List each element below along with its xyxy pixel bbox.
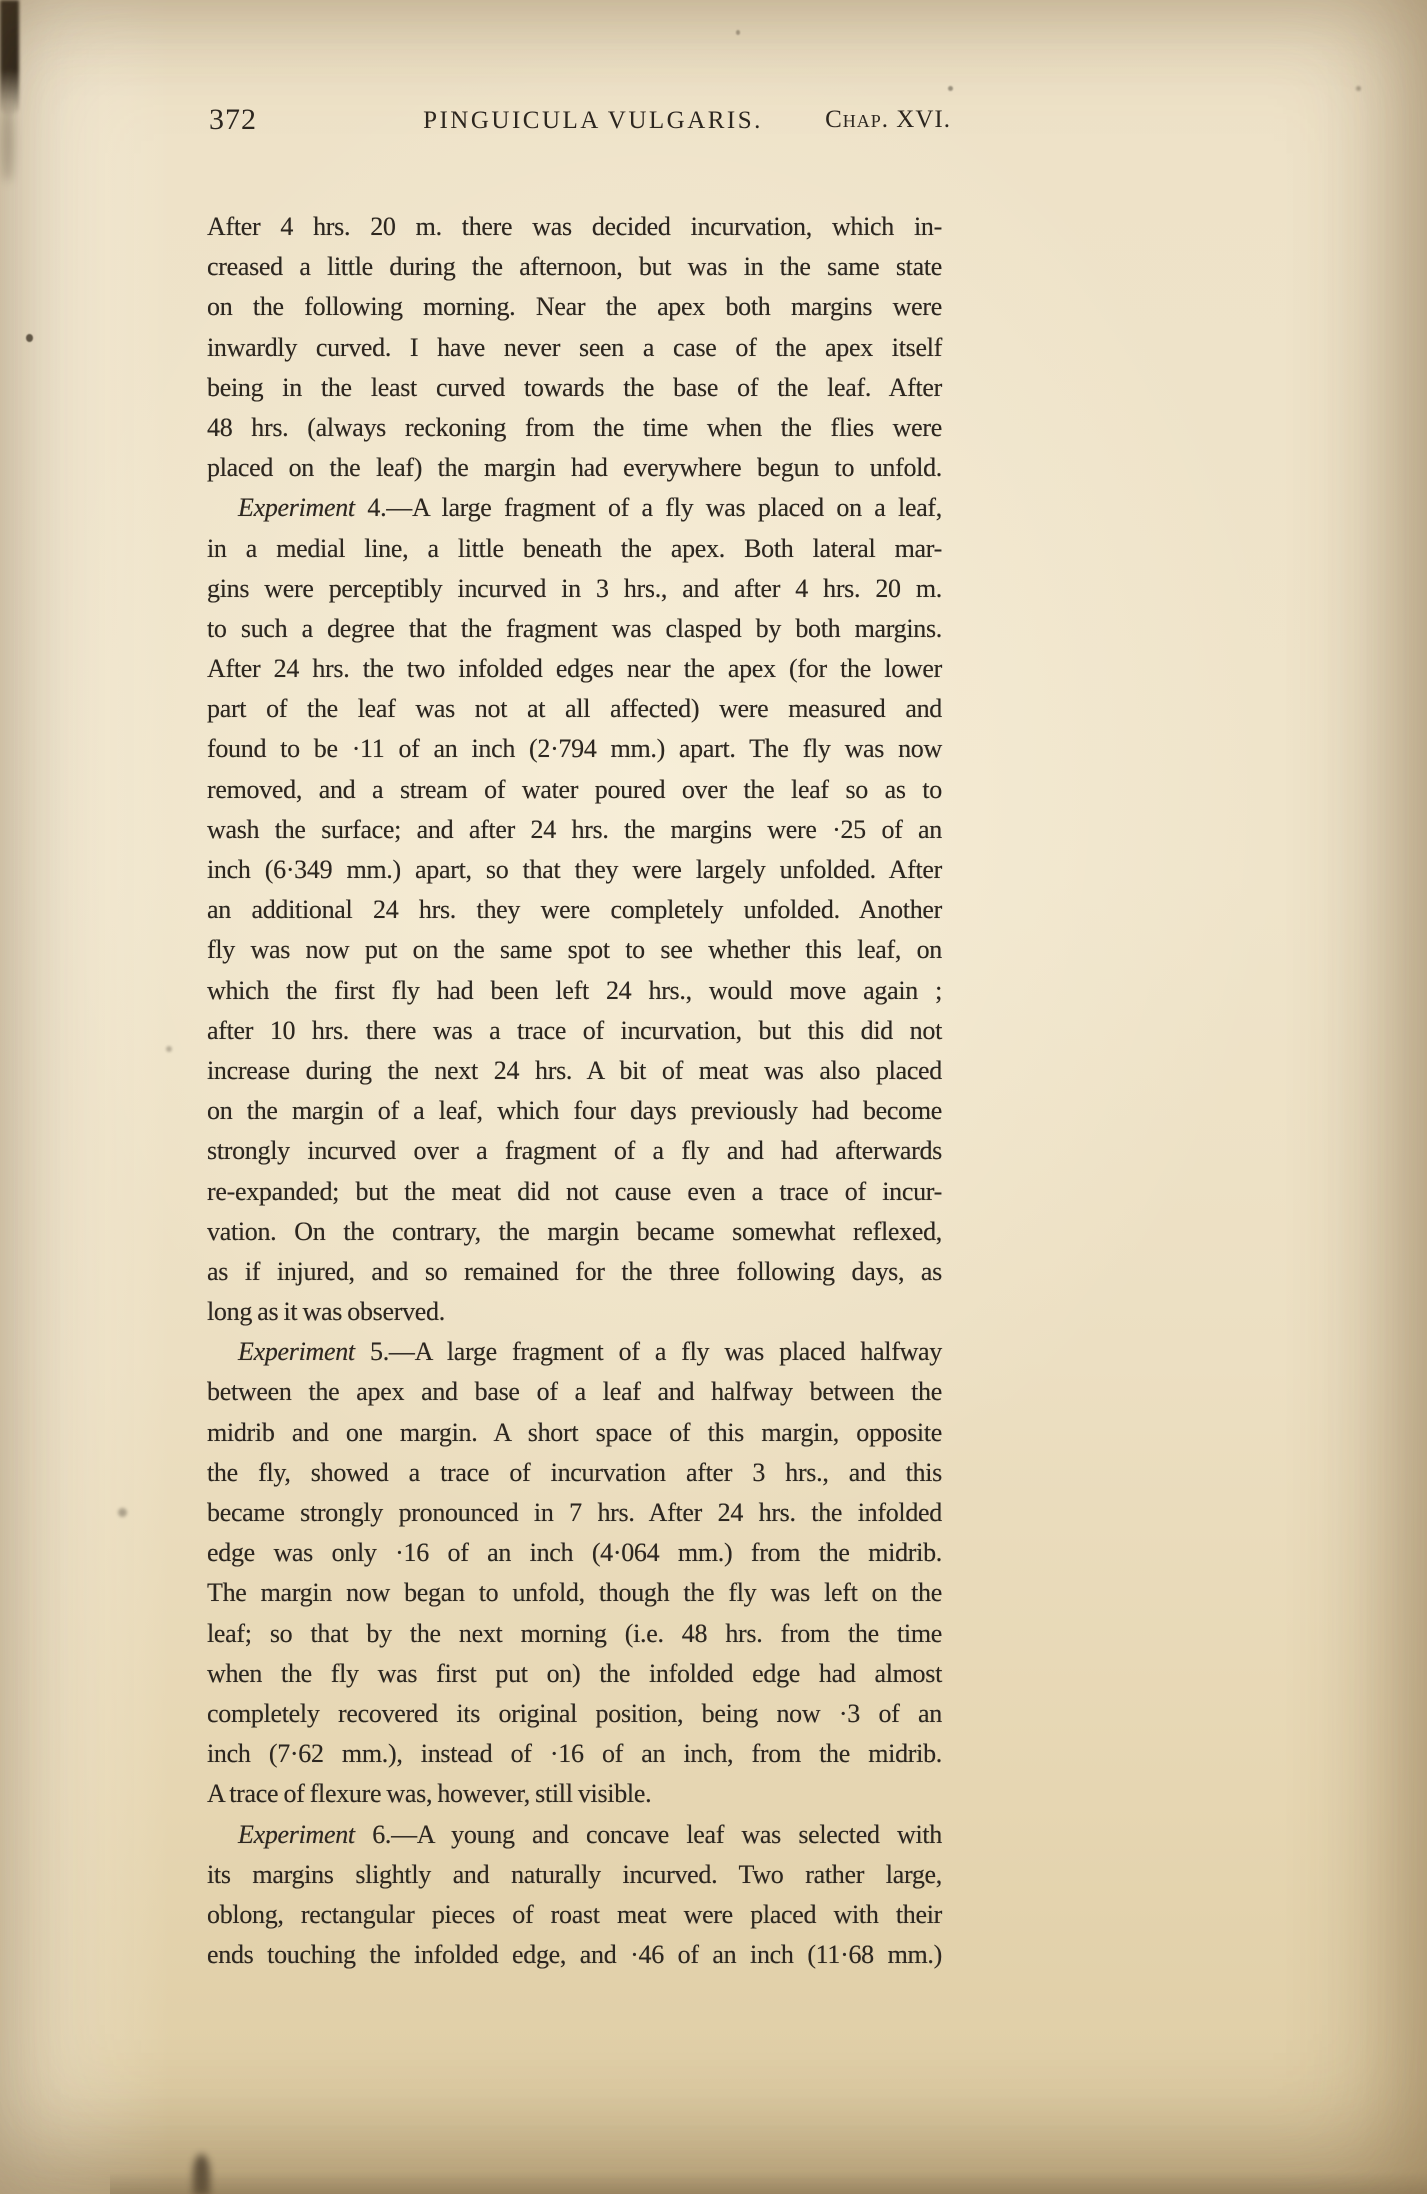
scan-artifact-speck <box>1356 86 1361 91</box>
text-line: found to be ·11 of an inch (2·794 mm.) a… <box>207 729 942 769</box>
text-line: After 4 hrs. 20 m. there was decided inc… <box>207 207 942 247</box>
text-line: midrib and one margin. A short space of … <box>207 1413 942 1453</box>
text-line: on the margin of a leaf, which four days… <box>207 1091 942 1131</box>
text-line: creased a little during the afternoon, b… <box>207 247 942 287</box>
text-segment: part of the leaf was not at all affected… <box>207 694 942 723</box>
text-segment: as if injured, and so remained for the t… <box>207 1257 942 1286</box>
text-line: strongly incurved over a fragment of a f… <box>207 1131 942 1171</box>
text-segment: on the following morning. Near the apex … <box>207 292 942 321</box>
text-line: leaf; so that by the next morning (i.e. … <box>207 1614 942 1654</box>
text-line: fly was now put on the same spot to see … <box>207 930 942 970</box>
text-segment: an additional 24 hrs. they were complete… <box>207 895 942 924</box>
scan-artifact-speck <box>948 86 953 91</box>
text-line: increase during the next 24 hrs. A bit o… <box>207 1051 942 1091</box>
text-segment: its margins slightly and naturally incur… <box>207 1860 942 1889</box>
body-text: After 4 hrs. 20 m. there was decided inc… <box>207 207 942 1975</box>
text-segment: inwardly curved. I have never seen a cas… <box>207 333 942 362</box>
text-line: in a medial line, a little beneath the a… <box>207 529 942 569</box>
text-segment: inch (6·349 mm.) apart, so that they wer… <box>207 855 942 884</box>
text-segment: 4.—A large fragment of a fly was placed … <box>355 493 942 522</box>
text-segment: completely recovered its original positi… <box>207 1699 942 1728</box>
text-segment: 5.—A large fragment of a fly was placed … <box>355 1337 942 1366</box>
text-line: completely recovered its original positi… <box>207 1694 942 1734</box>
text-line: inch (7·62 mm.), instead of ·16 of an in… <box>207 1734 942 1774</box>
text-segment: on the margin of a leaf, which four days… <box>207 1096 942 1125</box>
text-segment: strongly incurved over a fragment of a f… <box>207 1136 942 1165</box>
text-line: inch (6·349 mm.) apart, so that they wer… <box>207 850 942 890</box>
text-line: an additional 24 hrs. they were complete… <box>207 890 942 930</box>
text-segment: when the fly was first put on) the infol… <box>207 1659 942 1688</box>
text-line: Experiment 4.—A large fragment of a fly … <box>207 488 942 528</box>
text-line: between the apex and base of a leaf and … <box>207 1372 942 1412</box>
experiment-label: Experiment <box>238 493 355 522</box>
text-line: re-expanded; but the meat did not cause … <box>207 1172 942 1212</box>
chapter-label: Chap. XVI. <box>825 106 951 134</box>
text-segment: found to be ·11 of an inch (2·794 mm.) a… <box>207 734 942 763</box>
page-edge-light <box>0 0 170 2194</box>
scan-artifact-speck <box>736 30 740 35</box>
text-segment: which the first fly had been left 24 hrs… <box>207 976 942 1005</box>
text-segment: fly was now put on the same spot to see … <box>207 935 942 964</box>
text-line: after 10 hrs. there was a trace of incur… <box>207 1011 942 1051</box>
text-segment: After 4 hrs. 20 m. there was decided inc… <box>207 212 942 241</box>
text-line: A trace of flexure was, however, still v… <box>207 1774 942 1814</box>
text-segment: vation. On the contrary, the margin beca… <box>207 1217 942 1246</box>
text-segment: long as it was observed. <box>207 1297 445 1326</box>
text-line: being in the least curved towards the ba… <box>207 368 942 408</box>
text-line: removed, and a stream of water poured ov… <box>207 770 942 810</box>
text-line: oblong, rectangular pieces of roast meat… <box>207 1895 942 1935</box>
text-line: edge was only ·16 of an inch (4·064 mm.)… <box>207 1533 942 1573</box>
text-line: which the first fly had been left 24 hrs… <box>207 971 942 1011</box>
text-line: long as it was observed. <box>207 1292 942 1332</box>
text-segment: increase during the next 24 hrs. A bit o… <box>207 1056 942 1085</box>
text-segment: wash the surface; and after 24 hrs. the … <box>207 815 942 844</box>
text-segment: in a medial line, a little beneath the a… <box>207 534 942 563</box>
text-segment: 48 hrs. (always reckoning from the time … <box>207 413 942 442</box>
text-segment: After 24 hrs. the two infolded edges nea… <box>207 654 942 683</box>
text-line: its margins slightly and naturally incur… <box>207 1855 942 1895</box>
text-segment: between the apex and base of a leaf and … <box>207 1377 942 1406</box>
text-segment: The margin now began to unfold, though t… <box>207 1578 942 1607</box>
scan-artifact-speck <box>118 1508 127 1517</box>
text-segment: gins were perceptibly incurved in 3 hrs.… <box>207 574 942 603</box>
text-line: part of the leaf was not at all affected… <box>207 689 942 729</box>
scan-artifact-speck <box>166 1046 172 1052</box>
scan-artifact-bottom-shadow <box>110 2172 1427 2194</box>
experiment-label: Experiment <box>238 1337 355 1366</box>
text-segment: removed, and a stream of water poured ov… <box>207 775 942 804</box>
text-line: the fly, showed a trace of incurvation a… <box>207 1453 942 1493</box>
text-line: gins were perceptibly incurved in 3 hrs.… <box>207 569 942 609</box>
text-line: on the following morning. Near the apex … <box>207 287 942 327</box>
text-line: ends touching the infolded edge, and ·46… <box>207 1935 942 1975</box>
scan-artifact-smudge <box>193 2154 210 2194</box>
text-segment: being in the least curved towards the ba… <box>207 373 942 402</box>
text-segment: placed on the leaf) the margin had every… <box>207 453 942 482</box>
scan-artifact-corner-strip <box>0 0 19 116</box>
text-segment: creased a little during the afternoon, b… <box>207 252 942 281</box>
text-line: placed on the leaf) the margin had every… <box>207 448 942 488</box>
text-segment: to such a degree that the fragment was c… <box>207 614 942 643</box>
text-line: After 24 hrs. the two infolded edges nea… <box>207 649 942 689</box>
text-line: The margin now began to unfold, though t… <box>207 1573 942 1613</box>
text-segment: re-expanded; but the meat did not cause … <box>207 1177 942 1206</box>
text-segment: became strongly pronounced in 7 hrs. Aft… <box>207 1498 942 1527</box>
text-segment: leaf; so that by the next morning (i.e. … <box>207 1619 942 1648</box>
text-line: when the fly was first put on) the infol… <box>207 1654 942 1694</box>
text-segment: after 10 hrs. there was a trace of incur… <box>207 1016 942 1045</box>
experiment-label: Experiment <box>238 1820 355 1849</box>
book-page: 372 PINGUICULA VULGARIS. Chap. XVI. Afte… <box>0 0 1427 2194</box>
text-segment: A trace of flexure was, however, still v… <box>207 1779 651 1808</box>
text-line: Experiment 5.—A large fragment of a fly … <box>207 1332 942 1372</box>
text-line: became strongly pronounced in 7 hrs. Aft… <box>207 1493 942 1533</box>
text-segment: midrib and one margin. A short space of … <box>207 1418 942 1447</box>
text-segment: oblong, rectangular pieces of roast meat… <box>207 1900 942 1929</box>
scan-artifact-speck <box>26 334 33 342</box>
text-line: inwardly curved. I have never seen a cas… <box>207 328 942 368</box>
text-segment: ends touching the infolded edge, and ·46… <box>207 1940 942 1969</box>
text-line: to such a degree that the fragment was c… <box>207 609 942 649</box>
text-line: as if injured, and so remained for the t… <box>207 1252 942 1292</box>
text-line: Experiment 6.—A young and concave leaf w… <box>207 1815 942 1855</box>
text-segment: edge was only ·16 of an inch (4·064 mm.)… <box>207 1538 942 1567</box>
text-line: vation. On the contrary, the margin beca… <box>207 1212 942 1252</box>
page-header: 372 PINGUICULA VULGARIS. Chap. XVI. <box>207 101 943 145</box>
text-segment: inch (7·62 mm.), instead of ·16 of an in… <box>207 1739 942 1768</box>
text-line: 48 hrs. (always reckoning from the time … <box>207 408 942 448</box>
text-line: wash the surface; and after 24 hrs. the … <box>207 810 942 850</box>
scan-artifact-corner-tail <box>2 104 13 182</box>
text-segment: 6.—A young and concave leaf was selected… <box>355 1820 942 1849</box>
text-segment: the fly, showed a trace of incurvation a… <box>207 1458 942 1487</box>
